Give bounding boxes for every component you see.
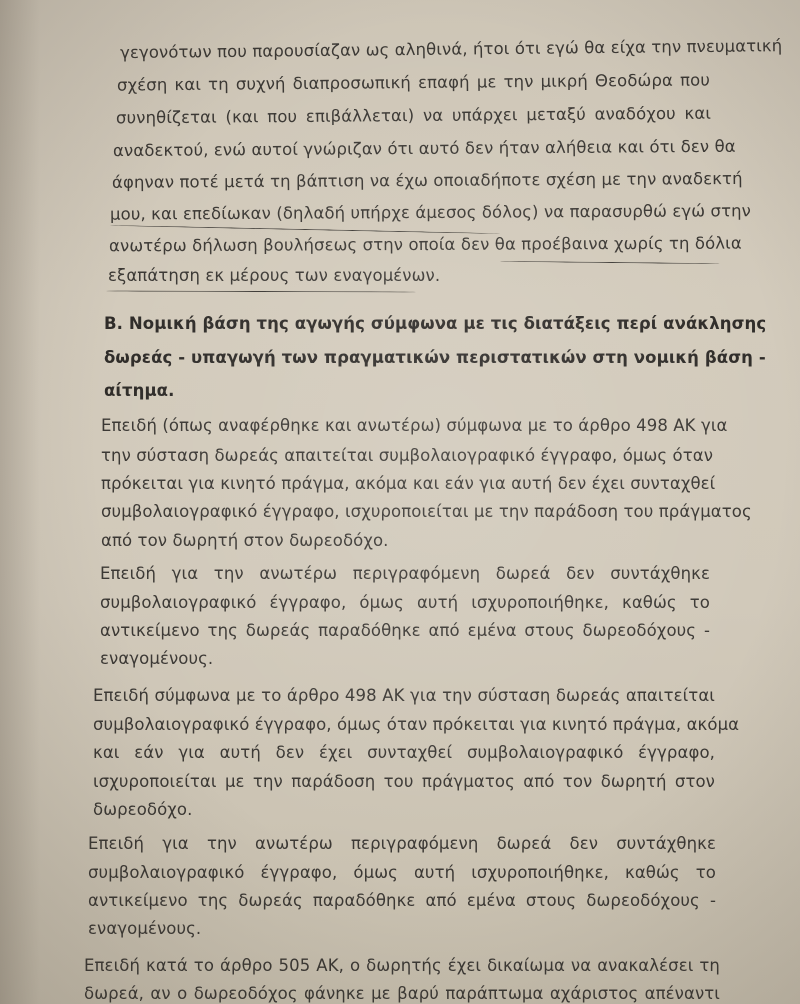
handwritten-underline: [500, 261, 720, 264]
text-line: γεγονότων που παρουσίαζαν ως αληθινά, ήτ…: [120, 37, 710, 62]
text-line: αναδεκτού, ενώ αυτοί γνώριζαν ότι αυτό δ…: [113, 137, 710, 160]
text-line: Επειδή για την ανωτέρω περιγραφόμενη δωρ…: [100, 564, 710, 583]
text-line: εναγομένους.: [88, 919, 201, 938]
text-line: πρόκειται για κινητό πράγμα, ακόμα και ε…: [101, 474, 711, 493]
text-line: άφηναν ποτέ μετά τη βάπτιση να έχω οποια…: [112, 169, 710, 192]
text-line: μου, και επεδίωκαν (δηλαδή υπήρχε άμεσος…: [110, 201, 710, 223]
text-line: Επειδή για την ανωτέρω περιγραφόμενη δωρ…: [88, 834, 716, 853]
text-line: εναγομένους.: [100, 649, 213, 668]
text-line: αντικείμενο της δωρεάς παραδόθηκε από εμ…: [100, 621, 710, 640]
text-line: δωρεά, αν ο δωρεοδόχος φάνηκε με βαρύ πα…: [84, 984, 720, 1003]
text-line: και εάν για αυτή δεν έχει συνταχθεί συμβ…: [93, 743, 715, 762]
text-line: δωρεοδόχο.: [93, 800, 192, 819]
text-line: συμβολαιογραφικό έγγραφο, όμως αυτή ισχυ…: [88, 863, 716, 882]
text-line: συμβολαιογραφικό έγγραφο, όμως αυτή ισχυ…: [100, 593, 710, 612]
text-line: εξαπάτηση εκ μέρους των εναγομένων.: [108, 266, 440, 285]
text-line: συμβολαιογραφικό έγγραφο, όμως όταν πρόκ…: [93, 715, 715, 734]
text-line: αντικείμενο της δωρεάς παραδόθηκε από εμ…: [88, 891, 716, 910]
text-line: ανωτέρω δήλωση βουλήσεως στην οποία δεν …: [109, 234, 710, 256]
text-line: Επειδή σύμφωνα με το άρθρο 498 ΑΚ για τη…: [93, 686, 715, 705]
text-line: Επειδή κατά το άρθρο 505 ΑΚ, ο δωρητής έ…: [84, 956, 720, 975]
text-line: από τον δωρητή στον δωρεοδόχο.: [101, 531, 389, 550]
heading-line: Β. Νομική βάση της αγωγής σύμφωνα με τις…: [104, 314, 704, 333]
handwritten-underline: [106, 290, 416, 292]
heading-line: αίτημα.: [104, 381, 175, 400]
text-line: συνηθίζεται (και που επιβάλλεται) να υπά…: [116, 104, 711, 128]
text-line: ισχυροποιείται με την παράδοση του πράγμ…: [93, 772, 715, 791]
text-line: την σύσταση δωρεάς απαιτείται συμβολαιογ…: [101, 446, 711, 465]
text-line: σχέση και τη συχνή διαπροσωπική επαφή με…: [117, 70, 710, 94]
handwritten-underline: [110, 225, 500, 234]
text-line: συμβολαιογραφικό έγγραφο, ισχυροποιείται…: [101, 502, 711, 521]
heading-line: δωρεάς - υπαγωγή των πραγματικών περιστα…: [104, 348, 704, 367]
page-edge-shadow: [0, 0, 40, 1004]
text-line: Επειδή (όπως αναφέρθηκε και ανωτέρω) σύμ…: [101, 416, 711, 435]
